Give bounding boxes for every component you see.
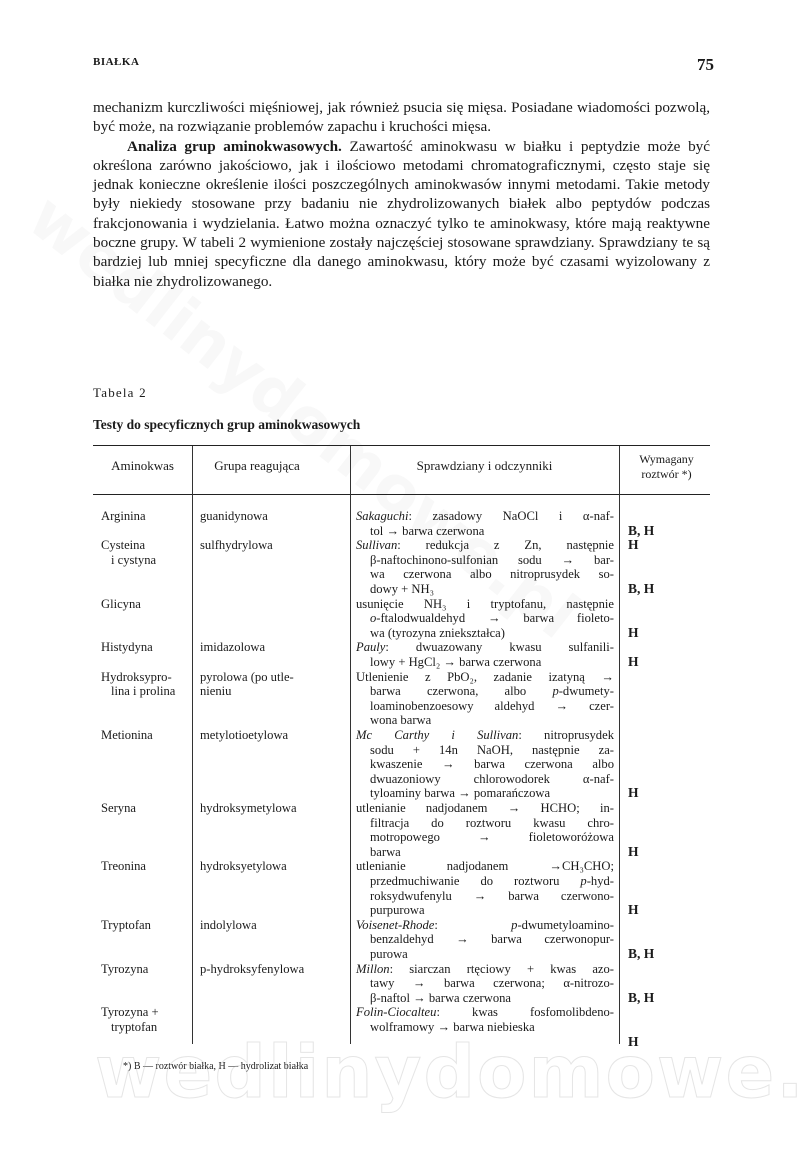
cell-sprawdziany: Sakaguchi: zasadowy NaOCl i α-naf-tol → … <box>356 509 614 538</box>
cell-grupa: p-hydroksyfenylowa <box>200 962 348 977</box>
cell-aminokwas: Seryna <box>101 801 191 816</box>
cell-roztwor: B, H <box>628 947 654 962</box>
cell-aminokwas: Tyrozyna <box>101 962 191 977</box>
cell-aminokwas: Arginina <box>101 509 191 524</box>
header-sprawdziany: Sprawdziany i odczynniki <box>350 459 619 474</box>
header-aminokwas: Aminokwas <box>93 459 192 474</box>
table-label: Tabela 2 <box>93 385 147 401</box>
cell-grupa: imidazolowa <box>200 640 348 655</box>
table-header-rule <box>93 494 710 495</box>
cell-roztwor: H <box>628 903 639 918</box>
cell-grupa: indolylowa <box>200 918 348 933</box>
cell-roztwor: B, H <box>628 524 654 539</box>
cell-roztwor: H <box>628 655 639 670</box>
amino-acid-tests-table: Aminokwas Grupa reagująca Sprawdziany i … <box>93 445 710 1049</box>
cell-grupa: sulfhydrylowa <box>200 538 348 553</box>
cell-sprawdziany: utlenianie nadjodanem →CH₃CHO;przedmuchi… <box>356 859 614 917</box>
cell-sprawdziany: Folin-Ciocalteu: kwas fosfomolibdeno-wol… <box>356 1005 614 1034</box>
cell-grupa: pyrolowa (po utle-nieniu <box>200 670 348 699</box>
cell-sprawdziany: Voisenet-Rhode: p-dwumetyloamino-benzald… <box>356 918 614 962</box>
cell-roztwor: H <box>628 538 639 553</box>
column-divider <box>192 446 193 1044</box>
cell-roztwor: H <box>628 786 639 801</box>
cell-aminokwas: Hydroksypro-lina i prolina <box>101 670 191 699</box>
cell-aminokwas: Cysteinai cystyna <box>101 538 191 567</box>
paragraph-1: mechanizm kurczliwości mięśniowej, jak r… <box>93 98 710 137</box>
header-roztwor: Wymagany roztwór *) <box>623 452 710 482</box>
cell-aminokwas: Histydyna <box>101 640 191 655</box>
cell-roztwor: H <box>628 1035 639 1050</box>
cell-aminokwas: Glicyna <box>101 597 191 612</box>
cell-grupa: hydroksyetylowa <box>200 859 348 874</box>
footnote: *) B — roztwór białka, H — hydrolizat bi… <box>123 1061 308 1072</box>
cell-aminokwas: Metionina <box>101 728 191 743</box>
table-top-rule <box>93 445 710 446</box>
cell-sprawdziany: usunięcie NH₃ i tryptofanu, następnieo-f… <box>356 597 614 641</box>
column-divider <box>350 446 351 1044</box>
cell-sprawdziany: Pauly: dwuazowany kwasu sulfanili-lowy +… <box>356 640 614 669</box>
table-caption: Testy do specyficznych grup aminokwasowy… <box>93 417 360 433</box>
cell-grupa: hydroksymetylowa <box>200 801 348 816</box>
header-grupa: Grupa reagująca <box>192 459 322 474</box>
cell-roztwor: H <box>628 845 639 860</box>
paragraph-2-heading: Analiza grup aminokwasowych. <box>127 138 342 155</box>
cell-sprawdziany: Mc Carthy i Sullivan: nitroprusydeksodu … <box>356 728 614 801</box>
cell-roztwor: H <box>628 626 639 641</box>
cell-sprawdziany: Utlenienie z PbO₂, zadanie izatyną →barw… <box>356 670 614 728</box>
cell-aminokwas: Treonina <box>101 859 191 874</box>
cell-sprawdziany: Millon: siarczan rtęciowy + kwas azo-taw… <box>356 962 614 1006</box>
column-divider <box>619 446 620 1044</box>
running-head: BIAŁKA <box>93 56 139 68</box>
cell-roztwor: B, H <box>628 582 654 597</box>
page-number: 75 <box>697 55 714 75</box>
cell-grupa: metylotioetylowa <box>200 728 348 743</box>
cell-sprawdziany: Sullivan: redukcja z Zn, następnieβ-naft… <box>356 538 614 596</box>
paragraph-2: Analiza grup aminokwasowych. Zawartość a… <box>93 137 710 291</box>
body-text: mechanizm kurczliwości mięśniowej, jak r… <box>93 98 710 291</box>
cell-grupa: guanidynowa <box>200 509 348 524</box>
paragraph-2-text: Zawartość aminokwasu w białku i peptydzi… <box>93 138 710 290</box>
cell-roztwor: B, H <box>628 991 654 1006</box>
cell-sprawdziany: utlenianie nadjodanem → HCHO; in-filtrac… <box>356 801 614 859</box>
cell-aminokwas: Tryptofan <box>101 918 191 933</box>
cell-aminokwas: Tyrozyna +tryptofan <box>101 1005 191 1034</box>
